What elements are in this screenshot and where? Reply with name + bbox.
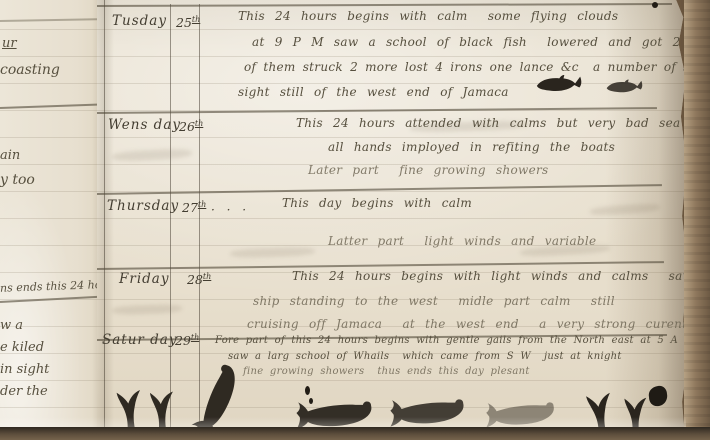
entry-text-line: Fore part of this 24 hours begins with g… <box>215 335 695 346</box>
entry-date-suffix: th <box>192 15 200 24</box>
left-page-text-fragment: e kiled <box>0 340 44 355</box>
table-edge-shadow <box>0 427 710 440</box>
entry-separator-line <box>0 296 100 303</box>
left-page-text-fragment: in sight <box>0 362 49 377</box>
entry-day-label: Wens day <box>108 117 181 133</box>
entry-text-line: of them struck 2 more lost 4 irons one l… <box>244 60 710 74</box>
entry-text-line: ship standing to the west midle part cal… <box>253 294 615 308</box>
entry-text-line: saw a larg school of Whails which came f… <box>228 351 622 362</box>
entry-text-line: Latter part light winds and variable <box>328 234 596 248</box>
entry-date-label: 29th <box>175 333 199 348</box>
entry-date-suffix: th <box>191 333 199 342</box>
entry-date-label: 27th <box>182 200 206 215</box>
left-page-edge: ur coasting ain y too ns ends this 24 ho… <box>0 0 97 432</box>
column-rule <box>170 4 171 430</box>
entry-separator-line <box>0 104 100 109</box>
left-page-text-fragment: coasting <box>0 62 60 78</box>
entry-text-line: This 24 hours begins with light winds an… <box>292 269 710 283</box>
entry-text-line: at 9 P M saw a school of black fish lowe… <box>252 35 681 49</box>
entry-dot-marks: · · · <box>211 203 250 217</box>
entry-date-suffix: th <box>198 200 206 209</box>
entry-date-number: 29 <box>175 333 191 348</box>
entry-separator-line <box>0 18 97 21</box>
entry-text-line: cruising off Jamaca at the west end a ve… <box>247 317 687 331</box>
entry-date-label: 26th <box>179 119 203 134</box>
entry-text-line: This 24 hours begins with calm some flyi… <box>238 9 618 23</box>
left-page-text-fragment: der the <box>0 384 48 399</box>
sperm-whale-stamp <box>388 397 468 429</box>
entry-day-label: Tusday <box>112 13 167 29</box>
ink-dot <box>652 2 658 8</box>
column-rule <box>104 0 105 430</box>
entry-date-number: 27 <box>182 200 198 215</box>
left-page-text-fragment: y too <box>0 172 35 188</box>
entry-day-label: Satur day <box>102 332 177 348</box>
entry-date-number: 28 <box>187 272 203 287</box>
logbook-photo-stage: ur coasting ain y too ns ends this 24 ho… <box>0 0 710 440</box>
ink-blot <box>648 385 668 407</box>
entry-text-line: sight still of the west end of Jamaca <box>238 85 509 99</box>
sperm-whale-stamp-faint <box>484 401 558 429</box>
entry-day-label: Thursday <box>107 198 179 214</box>
entry-text-line: This 24 hours attended with calms but ve… <box>296 116 680 130</box>
entry-date-label: 28th <box>187 272 211 287</box>
column-rule <box>199 4 200 430</box>
blackfish-drawing <box>536 72 586 98</box>
entry-day-label: Friday <box>119 271 169 287</box>
entry-date-suffix: th <box>195 119 203 128</box>
entry-text-line: Later part fine growing showers <box>308 163 549 177</box>
left-page-text-fragment: w a <box>0 318 23 333</box>
ink-drip <box>309 398 313 404</box>
entry-date-suffix: th <box>203 272 211 281</box>
book-binding-edge <box>684 0 710 440</box>
entry-text-line: fine growing showers thus ends this day … <box>243 366 530 377</box>
left-page-text-fragment: ur <box>2 36 17 51</box>
entry-date-number: 25 <box>176 15 192 30</box>
entry-date-number: 26 <box>179 119 195 134</box>
entry-text-line: all hands imployed in refiting the boats <box>328 140 615 154</box>
left-page-text-fragment: ns ends this 24 hou <box>0 278 97 294</box>
left-page-text-fragment: ain <box>0 148 20 163</box>
entry-text-line: This day begins with calm <box>282 196 472 210</box>
blackfish-drawing <box>606 77 646 98</box>
entry-date-label: 25th <box>176 15 200 30</box>
ink-drip <box>305 386 310 395</box>
